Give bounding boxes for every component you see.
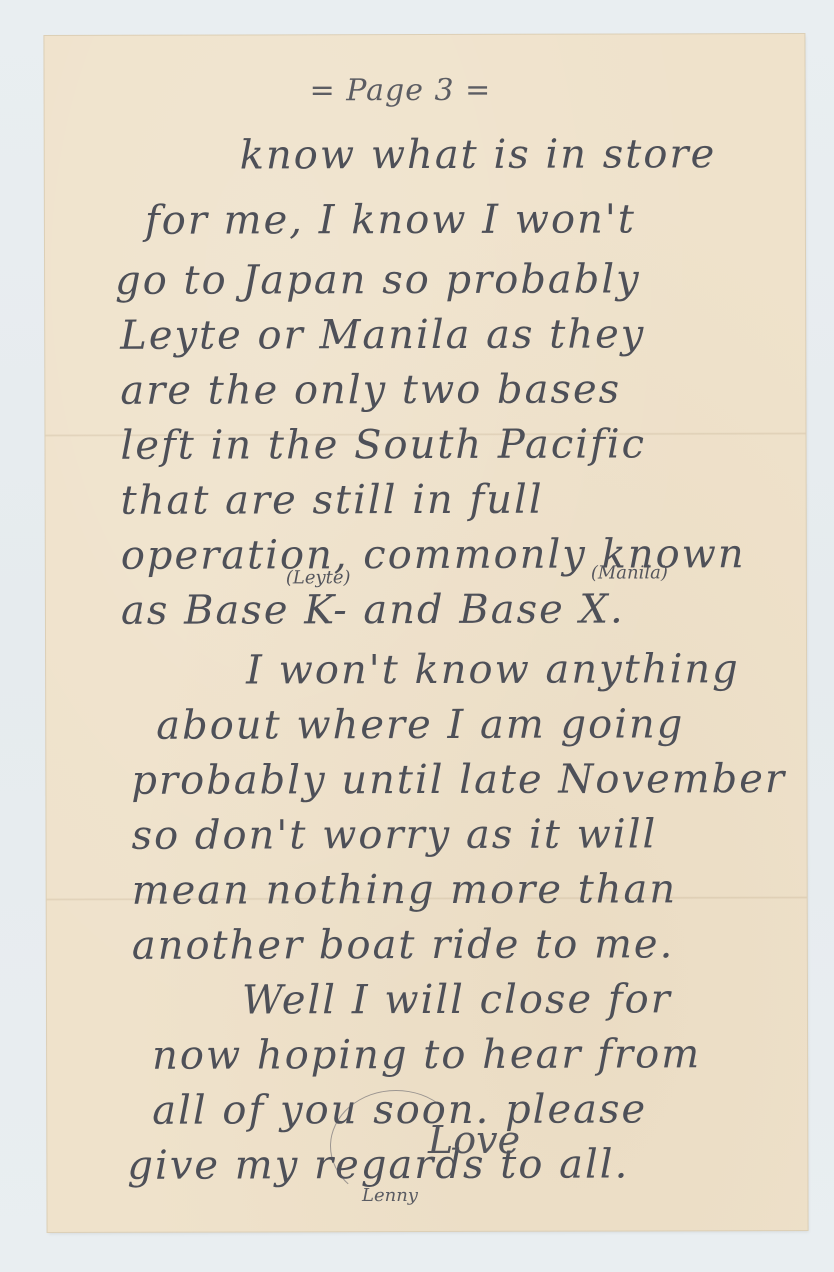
letter-line: for me, I know I won't: [145, 199, 636, 240]
letter-line: so don't worry as it will: [131, 814, 657, 855]
letter-line: mean nothing more than: [132, 869, 678, 910]
letter-line: are the only two bases: [120, 369, 621, 410]
letter-line: know what is in store: [240, 134, 717, 175]
letter-line: Well I will close for: [242, 979, 672, 1020]
letter-line: as Base K- and Base X.: [121, 589, 625, 630]
letter-page: = Page 3 = know what is in store for me,…: [44, 34, 807, 1232]
letter-line: about where I am going: [156, 704, 684, 745]
letter-line: left in the South Pacific: [120, 424, 646, 465]
annotation-manila: (Manila): [591, 562, 668, 583]
letter-line: that are still in full: [121, 480, 544, 521]
letter-line: now hoping to hear from: [152, 1034, 701, 1075]
letter-line: another boat ride to me.: [132, 924, 675, 965]
signature: Lenny: [362, 1185, 418, 1206]
letter-line: go to Japan so probably: [115, 259, 641, 300]
letter-line: Leyte or Manila as they: [120, 314, 645, 355]
letter-line: probably until late November: [131, 759, 786, 801]
annotation-leyte: (Leyte): [286, 567, 351, 588]
letter-line: I won't know anything: [246, 649, 740, 690]
page-number-heading: = Page 3 =: [310, 73, 492, 108]
closing-word: Love: [428, 1118, 520, 1162]
